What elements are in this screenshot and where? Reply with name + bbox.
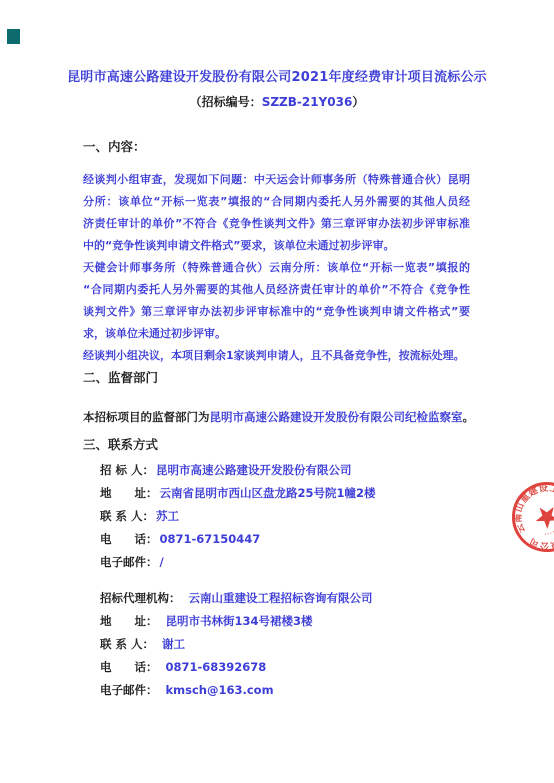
paragraph-line: 经谈判小组决议，本项目剩余1家谈判申请人，且不具备竞争性，按流标处理。 xyxy=(83,345,470,367)
field-label: 电 话： xyxy=(100,532,158,546)
contact-row-agency-name: 招标代理机构：云南山重建设工程招标咨询有限公司 xyxy=(100,587,534,610)
tender-number-suffix: ） xyxy=(352,95,364,109)
section-heading-content: 一、内容： xyxy=(83,139,470,155)
paragraph-line: 经谈判小组审查，发现如下问题：中天运会计师事务所（特殊普通合伙）昆明 xyxy=(83,169,470,191)
field-label: 招标代理机构： xyxy=(100,591,181,605)
paragraph-line: 求，该单位未通过初步评审。 xyxy=(83,323,470,345)
contact-row-tenderer-email: 电子邮件：/ xyxy=(100,551,534,574)
supervision-line: 本招标项目的监督部门为昆明市高速公路建设开发股份有限公司纪检监察室。 xyxy=(83,406,470,428)
contact-row-agency-email: 电子邮件：kmsch@163.com xyxy=(100,679,534,702)
corner-mark-icon xyxy=(7,29,20,44)
tender-number-line: （招标编号：SZZB-21Y036） xyxy=(0,93,554,111)
paragraph-line: 天健会计师事务所（特殊普通合伙）云南分所：该单位“开标一览表”填报的 xyxy=(83,257,470,279)
paragraph-line: 谈判文件》第三章评审办法初步评审标准中的“竞争性谈判申请文件格式”要 xyxy=(83,301,470,323)
field-label: 电子邮件： xyxy=(100,555,158,569)
contact-row-agency-phone: 电 话：0871-68392678 xyxy=(100,656,534,679)
page-title: 昆明市高速公路建设开发股份有限公司2021年度经费审计项目流标公示 xyxy=(40,68,514,88)
seal-star-icon xyxy=(531,501,554,532)
paragraph-line: “合同期内委托人另外需要的其他人员经济责任审计的单价”不符合《竞争性 xyxy=(83,279,470,301)
supervision-suffix: 。 xyxy=(463,410,475,424)
field-value: 谢工 xyxy=(162,637,185,651)
field-value: 0871-68392678 xyxy=(166,660,267,674)
contact-row-agency-person: 联 系 人：谢工 xyxy=(100,633,534,656)
field-value: 昆明市书林街134号裙楼3楼 xyxy=(166,614,313,628)
content-body: 经谈判小组审查，发现如下问题：中天运会计师事务所（特殊普通合伙）昆明 分所：该单… xyxy=(83,169,470,367)
field-label: 地 址： xyxy=(100,486,158,500)
paragraph-line: 中的“竞争性谈判申请文件格式”要求，该单位未通过初步评审。 xyxy=(83,235,470,257)
contact-row-tenderer-phone: 电 话：0871-67150447 xyxy=(100,528,534,551)
tenderer-contact-block: 招 标 人：昆明市高速公路建设开发股份有限公司 地 址：云南省昆明市西山区盘龙路… xyxy=(100,459,534,574)
field-label: 联 系 人： xyxy=(100,509,154,523)
field-label: 联 系 人： xyxy=(100,637,154,651)
field-label: 地 址： xyxy=(100,614,158,628)
supervision-prefix: 本招标项目的监督部门为 xyxy=(83,410,210,424)
contact-row-tenderer-address: 地 址：云南省昆明市西山区盘龙路25号院1幢2楼 xyxy=(100,482,534,505)
paragraph-line: 济责任审计的单价”不符合《竞争性谈判文件》第三章评审办法初步评审标准 xyxy=(83,213,470,235)
section-heading-supervision: 二、监督部门 xyxy=(83,367,470,389)
document-page: 昆明市高速公路建设开发股份有限公司2021年度经费审计项目流标公示 （招标编号：… xyxy=(0,0,554,783)
supervision-department: 昆明市高速公路建设开发股份有限公司纪检监察室 xyxy=(210,410,463,424)
field-label: 电子邮件： xyxy=(100,683,158,697)
contact-row-agency-address: 地 址：昆明市书林街134号裙楼3楼 xyxy=(100,610,534,633)
agency-contact-block: 招标代理机构：云南山重建设工程招标咨询有限公司 地 址：昆明市书林街134号裙楼… xyxy=(100,587,534,702)
contact-row-tenderer-name: 招 标 人：昆明市高速公路建设开发股份有限公司 xyxy=(100,459,534,482)
field-value: 苏工 xyxy=(156,509,179,523)
field-value: kmsch@163.com xyxy=(166,683,274,697)
field-value: / xyxy=(160,555,164,569)
paragraph-line: 分所：该单位“开标一览表”填报的“合同期内委托人另外需要的其他人员经 xyxy=(83,191,470,213)
field-label: 电 话： xyxy=(100,660,158,674)
field-label: 招 标 人： xyxy=(100,463,154,477)
section-heading-contact: 三、联系方式 xyxy=(83,434,470,456)
field-value: 0871-67150447 xyxy=(160,532,261,546)
contact-row-tenderer-person: 联 系 人：苏工 xyxy=(100,505,534,528)
field-value: 昆明市高速公路建设开发股份有限公司 xyxy=(156,463,352,477)
field-value: 云南山重建设工程招标咨询有限公司 xyxy=(189,591,373,605)
tender-number-code: SZZB-21Y036 xyxy=(262,95,353,109)
field-value: 云南省昆明市西山区盘龙路25号院1幢2楼 xyxy=(160,486,376,500)
tender-number-prefix: （招标编号： xyxy=(190,95,262,109)
